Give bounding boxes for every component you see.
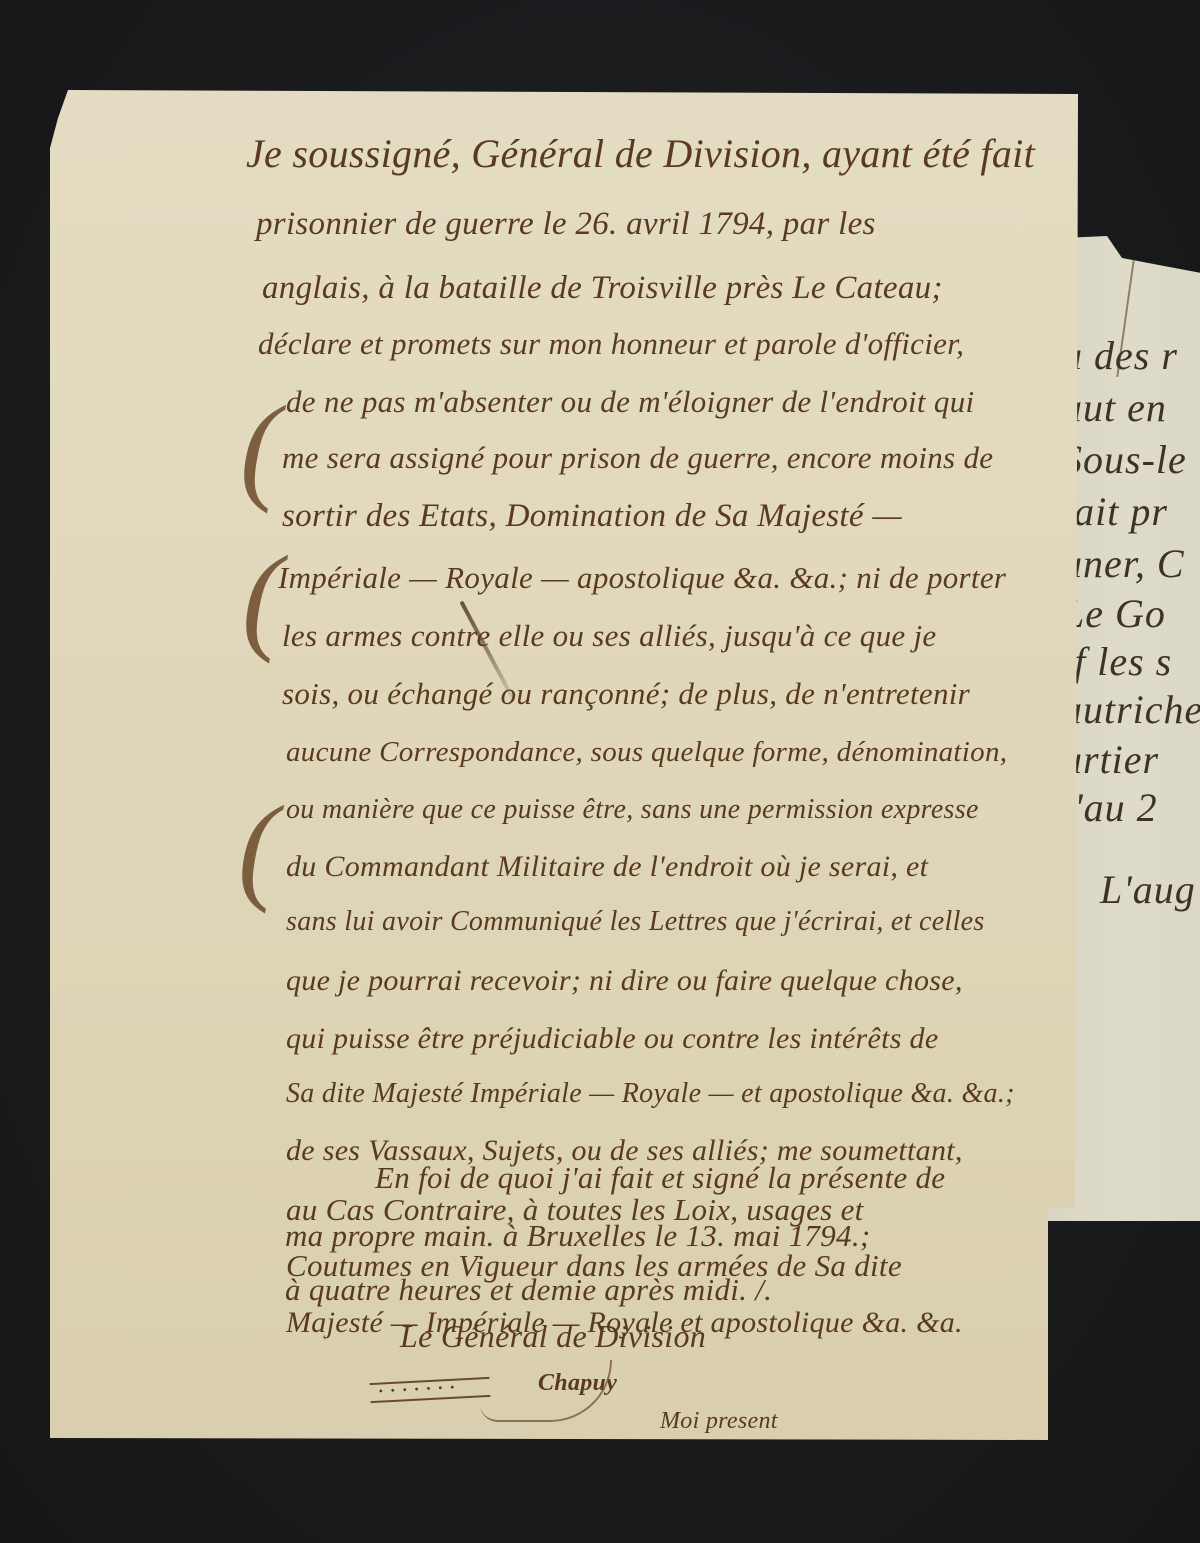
text-line: anglais, à la bataille de Troisville prè… [262,270,943,307]
margin-bracket: ( [240,388,280,508]
back-page-line: l'au 2 [1062,784,1158,831]
margin-bracket: ( [242,538,282,658]
text-line: que je pourrai recevoir; ni dire ou fair… [286,964,963,998]
text-line: me sera assigné pour prison de guerre, e… [282,440,993,476]
text-line: qui puisse être préjudiciable ou contre … [286,1022,938,1056]
back-page-line: tait pr [1062,488,1168,535]
back-page-line: autriche [1062,686,1200,733]
back-page-line: uner, C [1062,540,1185,587]
back-page-line: u des r [1062,332,1178,379]
text-line: sois, ou échangé ou rançonné; de plus, d… [282,676,970,712]
back-page-line: Sous-le [1062,436,1187,483]
text-line: de ne pas m'absenter ou de m'éloigner de… [286,384,974,420]
back-page-line: Le Go [1062,590,1166,637]
text-line: Impériale — Royale — apostolique &a. &a.… [278,560,1006,596]
text-line: du Commandant Militaire de l'endroit où … [286,850,928,884]
paraph-dots: ••••••• [378,1382,462,1397]
closing-line: En foi de quoi j'ai fait et signé la pré… [375,1160,945,1196]
back-page-line: aut en [1062,384,1167,431]
text-line: sortir des Etats, Domination de Sa Majes… [282,498,902,535]
text-line: Je soussigné, Général de Division, ayant… [246,130,1035,177]
margin-bracket: ( [238,788,278,908]
text-line: déclare et promets sur mon honneur et pa… [258,326,964,362]
text-line: aucune Correspondance, sous quelque form… [286,736,1007,769]
text-line: les armes contre elle ou ses alliés, jus… [282,618,936,654]
signature-title: Le Général de Division [400,1318,706,1355]
text-line: sans lui avoir Communiqué les Lettres qu… [286,906,985,938]
back-page-line: if les s [1062,638,1172,685]
back-page-line: L'aug [1100,866,1196,913]
text-line: prisonnier de guerre le 26. avril 1794, … [256,206,876,243]
closing-line: à quatre heures et demie après midi. /. [285,1272,772,1308]
back-page-line: urtier [1062,736,1159,783]
closing-line: ma propre main. à Bruxelles le 13. mai 1… [285,1218,871,1254]
witness-note: Moi present [660,1408,778,1435]
text-line: ou manière que ce puisse être, sans une … [286,794,979,826]
text-line: Sa dite Majesté Impériale — Royale — et … [286,1078,1015,1110]
